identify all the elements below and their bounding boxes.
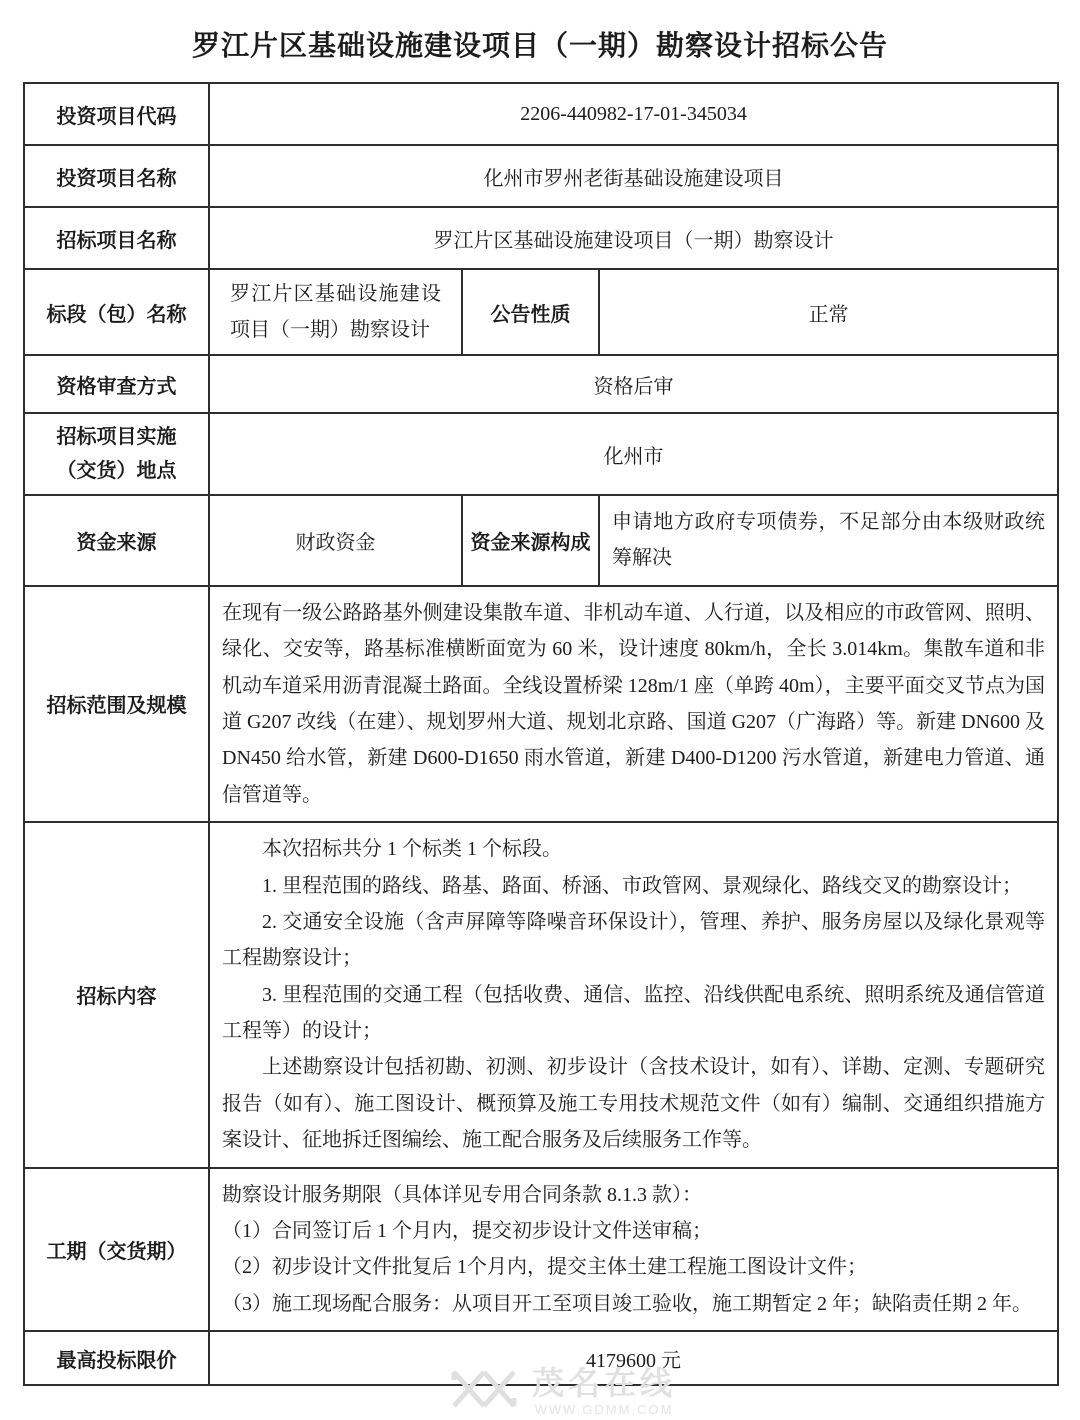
max-price-label: 最高投标限价 <box>24 1331 209 1385</box>
duration-value: 勘察设计服务期限（具体详见专用合同条款 8.1.3 款）： （1）合同签订后 1… <box>209 1168 1058 1332</box>
row-scope: 招标范围及规模 在现有一级公路路基外侧建设集散车道、非机动车道、人行道，以及相应… <box>24 586 1058 822</box>
content-paragraph: 上述勘察设计包括初勘、初测、初步设计（含技术设计，如有）、详勘、定测、专题研究报… <box>222 1049 1045 1158</box>
row-tender-name: 招标项目名称 罗江片区基础设施建设项目（一期）勘察设计 <box>24 207 1058 269</box>
scope-value: 在现有一级公路路基外侧建设集散车道、非机动车道、人行道，以及相应的市政管网、照明… <box>209 586 1058 822</box>
invest-code-label: 投资项目代码 <box>24 83 209 145</box>
content-paragraph: 1. 里程范围的路线、路基、路面、桥涵、市政管网、景观绿化、路线交叉的勘察设计； <box>222 868 1045 904</box>
section-name-label: 标段（包）名称 <box>24 269 209 355</box>
invest-name-label: 投资项目名称 <box>24 145 209 207</box>
duration-paragraph: 勘察设计服务期限（具体详见专用合同条款 8.1.3 款）： <box>222 1177 1045 1213</box>
location-label-line1: 招标项目实施 <box>31 420 202 454</box>
invest-name-value: 化州市罗州老街基础设施建设项目 <box>209 145 1058 207</box>
location-label-line2: （交货）地点 <box>31 454 202 488</box>
qualification-label: 资格审查方式 <box>24 355 209 413</box>
funding-composition-value: 申请地方政府专项债券，不足部分由本级财政统筹解决 <box>599 495 1058 586</box>
row-duration: 工期（交货期） 勘察设计服务期限（具体详见专用合同条款 8.1.3 款）： （1… <box>24 1168 1058 1332</box>
row-invest-code: 投资项目代码 2206-440982-17-01-345034 <box>24 83 1058 145</box>
notice-nature-value: 正常 <box>599 269 1058 355</box>
content-value: 本次招标共分 1 个标类 1 个标段。 1. 里程范围的路线、路基、路面、桥涵、… <box>209 822 1058 1168</box>
funding-composition-label: 资金来源构成 <box>462 495 599 586</box>
duration-paragraph: （2）初步设计文件批复后 1个月内，提交主体土建工程施工图设计文件； <box>222 1249 1045 1285</box>
duration-label: 工期（交货期） <box>24 1168 209 1332</box>
gdmm-logo-icon <box>450 1366 522 1417</box>
watermark-textblock: 茂名在线 WWW.GDMM.COM <box>532 1367 676 1417</box>
location-label: 招标项目实施 （交货）地点 <box>24 413 209 495</box>
tender-name-label: 招标项目名称 <box>24 207 209 269</box>
row-qualification: 资格审查方式 资格后审 <box>24 355 1058 413</box>
page-title: 罗江片区基础设施建设项目（一期）勘察设计招标公告 <box>0 0 1080 64</box>
funding-value: 财政资金 <box>209 495 462 586</box>
notice-nature-label: 公告性质 <box>462 269 599 355</box>
section-name-value: 罗江片区基础设施建设项目（一期）勘察设计 <box>209 269 462 355</box>
row-funding: 资金来源 财政资金 资金来源构成 申请地方政府专项债券，不足部分由本级财政统筹解… <box>24 495 1058 586</box>
tender-name-value: 罗江片区基础设施建设项目（一期）勘察设计 <box>209 207 1058 269</box>
watermark-url: WWW.GDMM.COM <box>535 1402 674 1417</box>
content-paragraph: 本次招标共分 1 个标类 1 个标段。 <box>222 831 1045 867</box>
watermark-text: 茂名在线 <box>532 1367 676 1399</box>
content-paragraph: 3. 里程范围的交通工程（包括收费、通信、监控、沿线供配电系统、照明系统及通信管… <box>222 977 1045 1050</box>
row-section-name: 标段（包）名称 罗江片区基础设施建设项目（一期）勘察设计 公告性质 正常 <box>24 269 1058 355</box>
duration-paragraph: （1）合同签订后 1 个月内，提交初步设计文件送审稿； <box>222 1213 1045 1249</box>
duration-paragraph: （3）施工现场配合服务：从项目开工至项目竣工验收，施工期暂定 2 年；缺陷责任期… <box>222 1286 1045 1322</box>
funding-label: 资金来源 <box>24 495 209 586</box>
scope-label: 招标范围及规模 <box>24 586 209 822</box>
invest-code-value: 2206-440982-17-01-345034 <box>209 83 1058 145</box>
location-value: 化州市 <box>209 413 1058 495</box>
row-content: 招标内容 本次招标共分 1 个标类 1 个标段。 1. 里程范围的路线、路基、路… <box>24 822 1058 1168</box>
tender-table: 投资项目代码 2206-440982-17-01-345034 投资项目名称 化… <box>23 82 1059 1386</box>
content-paragraph: 2. 交通安全设施（含声屏障等降噪音环保设计），管理、养护、服务房屋以及绿化景观… <box>222 904 1045 977</box>
row-location: 招标项目实施 （交货）地点 化州市 <box>24 413 1058 495</box>
qualification-value: 资格后审 <box>209 355 1058 413</box>
watermark: 茂名在线 WWW.GDMM.COM <box>450 1366 676 1417</box>
row-invest-name: 投资项目名称 化州市罗州老街基础设施建设项目 <box>24 145 1058 207</box>
content-label: 招标内容 <box>24 822 209 1168</box>
